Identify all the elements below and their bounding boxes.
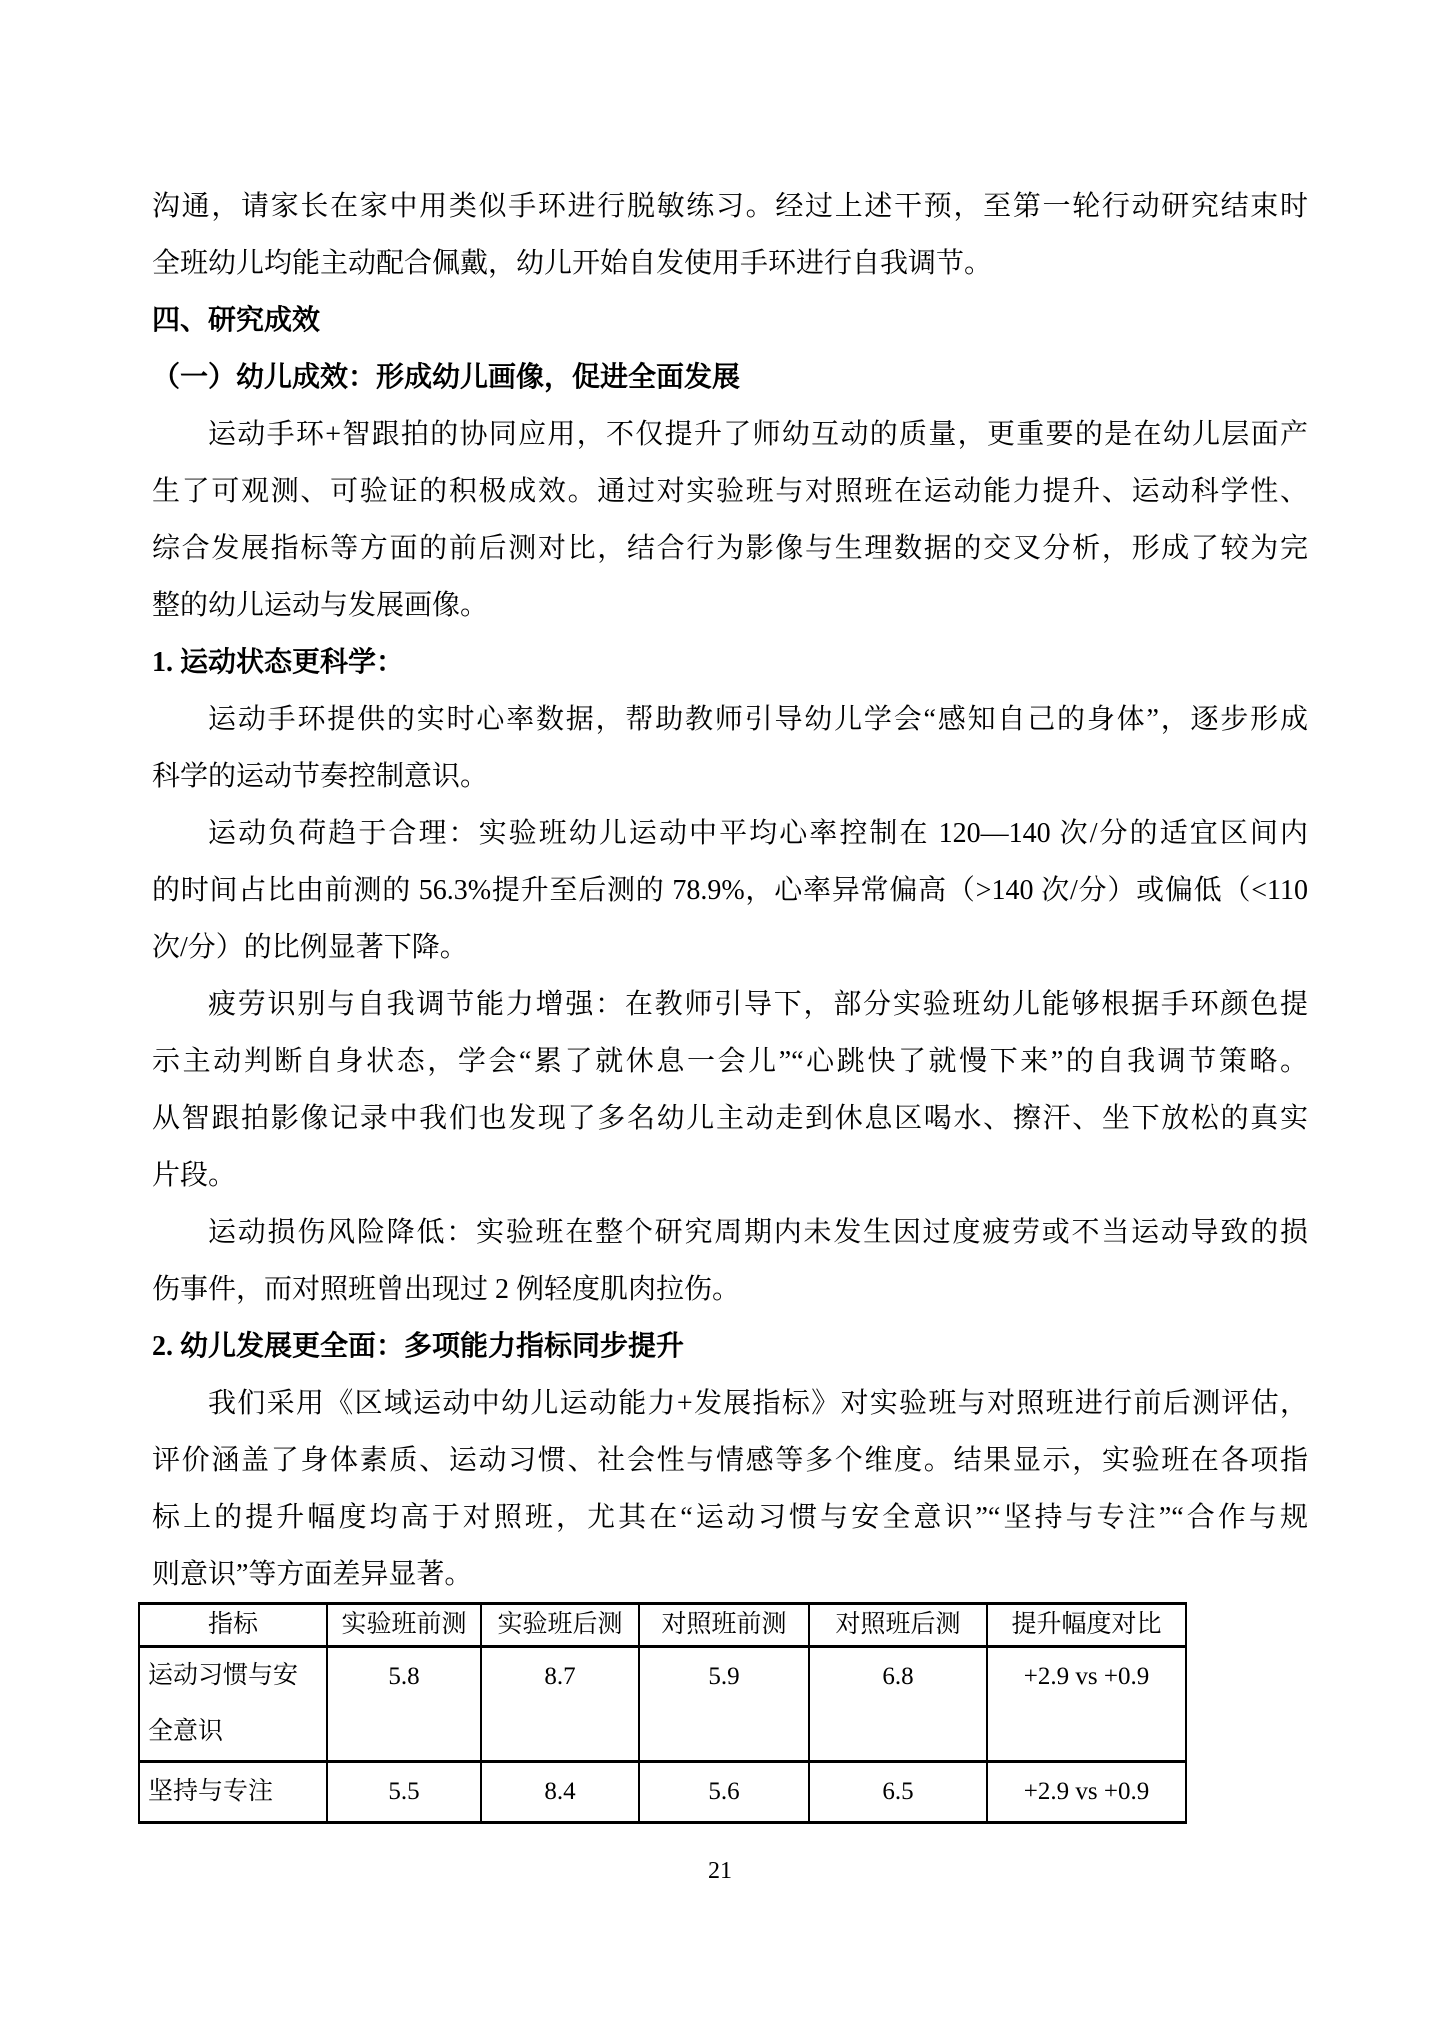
cell-exp-posttest: 8.7 [481,1647,639,1762]
paragraph-line: 运动手环提供的实时心率数据，帮助教师引导幼儿学会“感知自己的身体”，逐步形成 [152,691,1308,748]
paragraph-line: 整的幼儿运动与发展画像。 [152,577,1308,634]
paragraph-line: 生了可观测、可验证的积极成效。通过对实验班与对照班在运动能力提升、运动科学性、 [152,463,1308,520]
col-header-indicator: 指标 [139,1604,327,1647]
row-label: 运动习惯与安全意识 [139,1647,327,1762]
paragraph-line: 我们采用《区域运动中幼儿运动能力+发展指标》对实验班与对照班进行前后测评估， [152,1375,1308,1432]
heading-subsection-1: （一）幼儿成效：形成幼儿画像，促进全面发展 [152,349,1308,406]
cell-improvement: +2.9 vs +0.9 [987,1762,1186,1823]
heading-point-2: 2. 幼儿发展更全面：多项能力指标同步提升 [152,1318,1308,1375]
paragraph-line: 的时间占比由前测的 56.3%提升至后测的 78.9%，心率异常偏高（>140 … [152,862,1308,919]
cell-ctrl-posttest: 6.5 [809,1762,987,1823]
paragraph-line: 综合发展指标等方面的前后测对比，结合行为影像与生理数据的交叉分析，形成了较为完 [152,520,1308,577]
paragraph-line: 全班幼儿均能主动配合佩戴，幼儿开始自发使用手环进行自我调节。 [152,235,1308,292]
cell-exp-posttest: 8.4 [481,1762,639,1823]
cell-exp-pretest: 5.5 [327,1762,481,1823]
row-label: 坚持与专注 [139,1762,327,1823]
col-header-ctrl-pretest: 对照班前测 [639,1604,809,1647]
heading-point-1: 1. 运动状态更科学： [152,634,1308,691]
paragraph-line: 则意识”等方面差异显著。 [152,1546,1308,1603]
paragraph-line: 疲劳识别与自我调节能力增强：在教师引导下，部分实验班幼儿能够根据手环颜色提 [152,976,1308,1033]
paragraph-line: 运动手环+智跟拍的协同应用，不仅提升了师幼互动的质量，更重要的是在幼儿层面产 [152,406,1308,463]
page-number: 21 [0,1856,1440,1886]
paragraph-line: 标上的提升幅度均高于对照班，尤其在“运动习惯与安全意识”“坚持与专注”“合作与规 [152,1489,1308,1546]
body-text: 沟通，请家长在家中用类似手环进行脱敏练习。经过上述干预，至第一轮行动研究结束时 … [152,178,1308,1603]
cell-ctrl-pretest: 5.9 [639,1647,809,1762]
paragraph-line: 次/分）的比例显著下降。 [152,919,1308,976]
table-header-row: 指标 实验班前测 实验班后测 对照班前测 对照班后测 提升幅度对比 [139,1604,1186,1647]
cell-ctrl-posttest: 6.8 [809,1647,987,1762]
col-header-exp-posttest: 实验班后测 [481,1604,639,1647]
table-row: 运动习惯与安全意识 5.8 8.7 5.9 6.8 +2.9 vs +0.9 [139,1647,1186,1762]
cell-exp-pretest: 5.8 [327,1647,481,1762]
paragraph-line: 评价涵盖了身体素质、运动习惯、社会性与情感等多个维度。结果显示，实验班在各项指 [152,1432,1308,1489]
paragraph-line: 示主动判断自身状态，学会“累了就休息一会儿”“心跳快了就慢下来”的自我调节策略。 [152,1033,1308,1090]
paragraph-line: 科学的运动节奏控制意识。 [152,748,1308,805]
col-header-ctrl-posttest: 对照班后测 [809,1604,987,1647]
heading-section-4: 四、研究成效 [152,292,1308,349]
cell-improvement: +2.9 vs +0.9 [987,1647,1186,1762]
paragraph-line: 运动损伤风险降低：实验班在整个研究周期内未发生因过度疲劳或不当运动导致的损 [152,1204,1308,1261]
paragraph-line: 片段。 [152,1147,1308,1204]
metrics-table: 指标 实验班前测 实验班后测 对照班前测 对照班后测 提升幅度对比 运动习惯与安… [138,1602,1187,1824]
paragraph-line: 运动负荷趋于合理：实验班幼儿运动中平均心率控制在 120—140 次/分的适宜区… [152,805,1308,862]
col-header-improvement: 提升幅度对比 [987,1604,1186,1647]
paragraph-line: 沟通，请家长在家中用类似手环进行脱敏练习。经过上述干预，至第一轮行动研究结束时 [152,178,1308,235]
table-row: 坚持与专注 5.5 8.4 5.6 6.5 +2.9 vs +0.9 [139,1762,1186,1823]
paragraph-line: 伤事件，而对照班曾出现过 2 例轻度肌肉拉伤。 [152,1261,1308,1318]
cell-ctrl-pretest: 5.6 [639,1762,809,1823]
paragraph-line: 从智跟拍影像记录中我们也发现了多名幼儿主动走到休息区喝水、擦汗、坐下放松的真实 [152,1090,1308,1147]
col-header-exp-pretest: 实验班前测 [327,1604,481,1647]
document-page: 沟通，请家长在家中用类似手环进行脱敏练习。经过上述干预，至第一轮行动研究结束时 … [0,0,1440,2036]
